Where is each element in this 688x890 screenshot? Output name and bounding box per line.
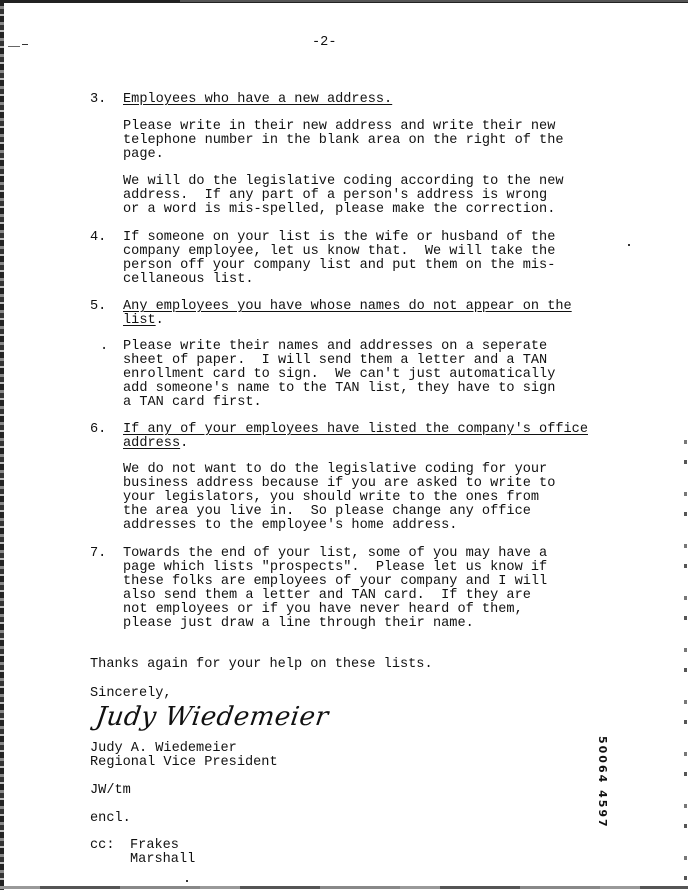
typist-initials: JW/tm [90, 784, 131, 798]
scan-edge-top-light [180, 0, 688, 2]
paragraph-line: telephone number in the blank area on th… [123, 134, 564, 148]
paragraph-line: page. [123, 148, 164, 162]
signer-title: Regional Vice President [90, 756, 278, 770]
paragraph-line: the area you live in. So please change a… [123, 505, 531, 519]
item-number: 5. [90, 300, 106, 314]
item-number: 6. [90, 423, 106, 437]
item-heading: If any of your employees have listed the… [123, 423, 588, 437]
paragraph-line: We do not want to do the legislative cod… [123, 463, 547, 477]
item-body-line: please just draw a line through their na… [123, 617, 474, 631]
paragraph-line: address. If any part of a person's addre… [123, 189, 547, 203]
document-id: 50064 4597 [596, 736, 609, 829]
scan-edge-bottom [0, 886, 688, 889]
item-heading: list [123, 313, 156, 328]
paragraph-line: enrollment card to sign. We can't just a… [123, 368, 555, 382]
item-number: 7. [90, 547, 106, 561]
scan-speck [22, 44, 28, 45]
paragraph-line: or a word is mis-spelled, please make th… [123, 203, 555, 217]
scan-edge-left [0, 0, 4, 890]
scan-speck [186, 880, 188, 882]
cc-recipient: Marshall [130, 853, 195, 867]
paragraph-line: addresses to the employee's home address… [123, 519, 457, 533]
handwritten-signature: Judy Wiedemeier [94, 702, 331, 732]
item-number: 3. [90, 93, 106, 107]
paragraph-line: add someone's name to the TAN list, they… [123, 382, 555, 396]
signer-name: Judy A. Wiedemeier [90, 742, 237, 756]
item-heading-cont: address. [123, 437, 188, 451]
item-body-line: also send them a letter and TAN card. If… [123, 589, 531, 603]
paragraph-marker: . [100, 340, 108, 354]
item-heading: Any employees you have whose names do no… [123, 300, 572, 314]
paragraph-line: Please write in their new address and wr… [123, 120, 555, 134]
item-body-line: person off your company list and put the… [123, 259, 555, 273]
cc-label: cc: [90, 839, 114, 853]
scan-speck [628, 244, 630, 246]
scan-speck [8, 46, 20, 47]
paragraph-line: sheet of paper. I will send them a lette… [123, 354, 547, 368]
item-heading-cont: list. [123, 314, 164, 328]
item-number: 4. [90, 231, 106, 245]
cc-recipient: Frakes [130, 839, 179, 853]
page-number: -2- [312, 35, 336, 50]
item-body-line: company employee, let us know that. We w… [123, 245, 555, 259]
item-body-line: If someone on your list is the wife or h… [123, 231, 555, 245]
heading-suffix: . [180, 436, 188, 451]
item-body-line: cellaneous list. [123, 273, 254, 287]
paragraph-line: your legislators, you should write to th… [123, 491, 539, 505]
closing-salutation: Sincerely, [90, 687, 172, 701]
item-body-line: these folks are employees of your compan… [123, 575, 547, 589]
scan-edge-right [684, 430, 687, 880]
paragraph-line: business address because if you are aske… [123, 477, 555, 491]
paragraph-line: a TAN card first. [123, 396, 262, 410]
item-heading: Employees who have a new address. [123, 93, 392, 107]
paragraph-line: Please write their names and addresses o… [123, 340, 547, 354]
item-body-line: not employees or if you have never heard… [123, 603, 523, 617]
item-body-line: Towards the end of your list, some of yo… [123, 547, 547, 561]
item-heading: address [123, 436, 180, 451]
heading-suffix: . [156, 313, 164, 328]
paragraph-line: We will do the legislative coding accord… [123, 175, 564, 189]
item-body-line: page which lists "prospects". Please let… [123, 561, 547, 575]
enclosure-note: encl. [90, 812, 131, 826]
closing-thanks: Thanks again for your help on these list… [90, 658, 433, 672]
